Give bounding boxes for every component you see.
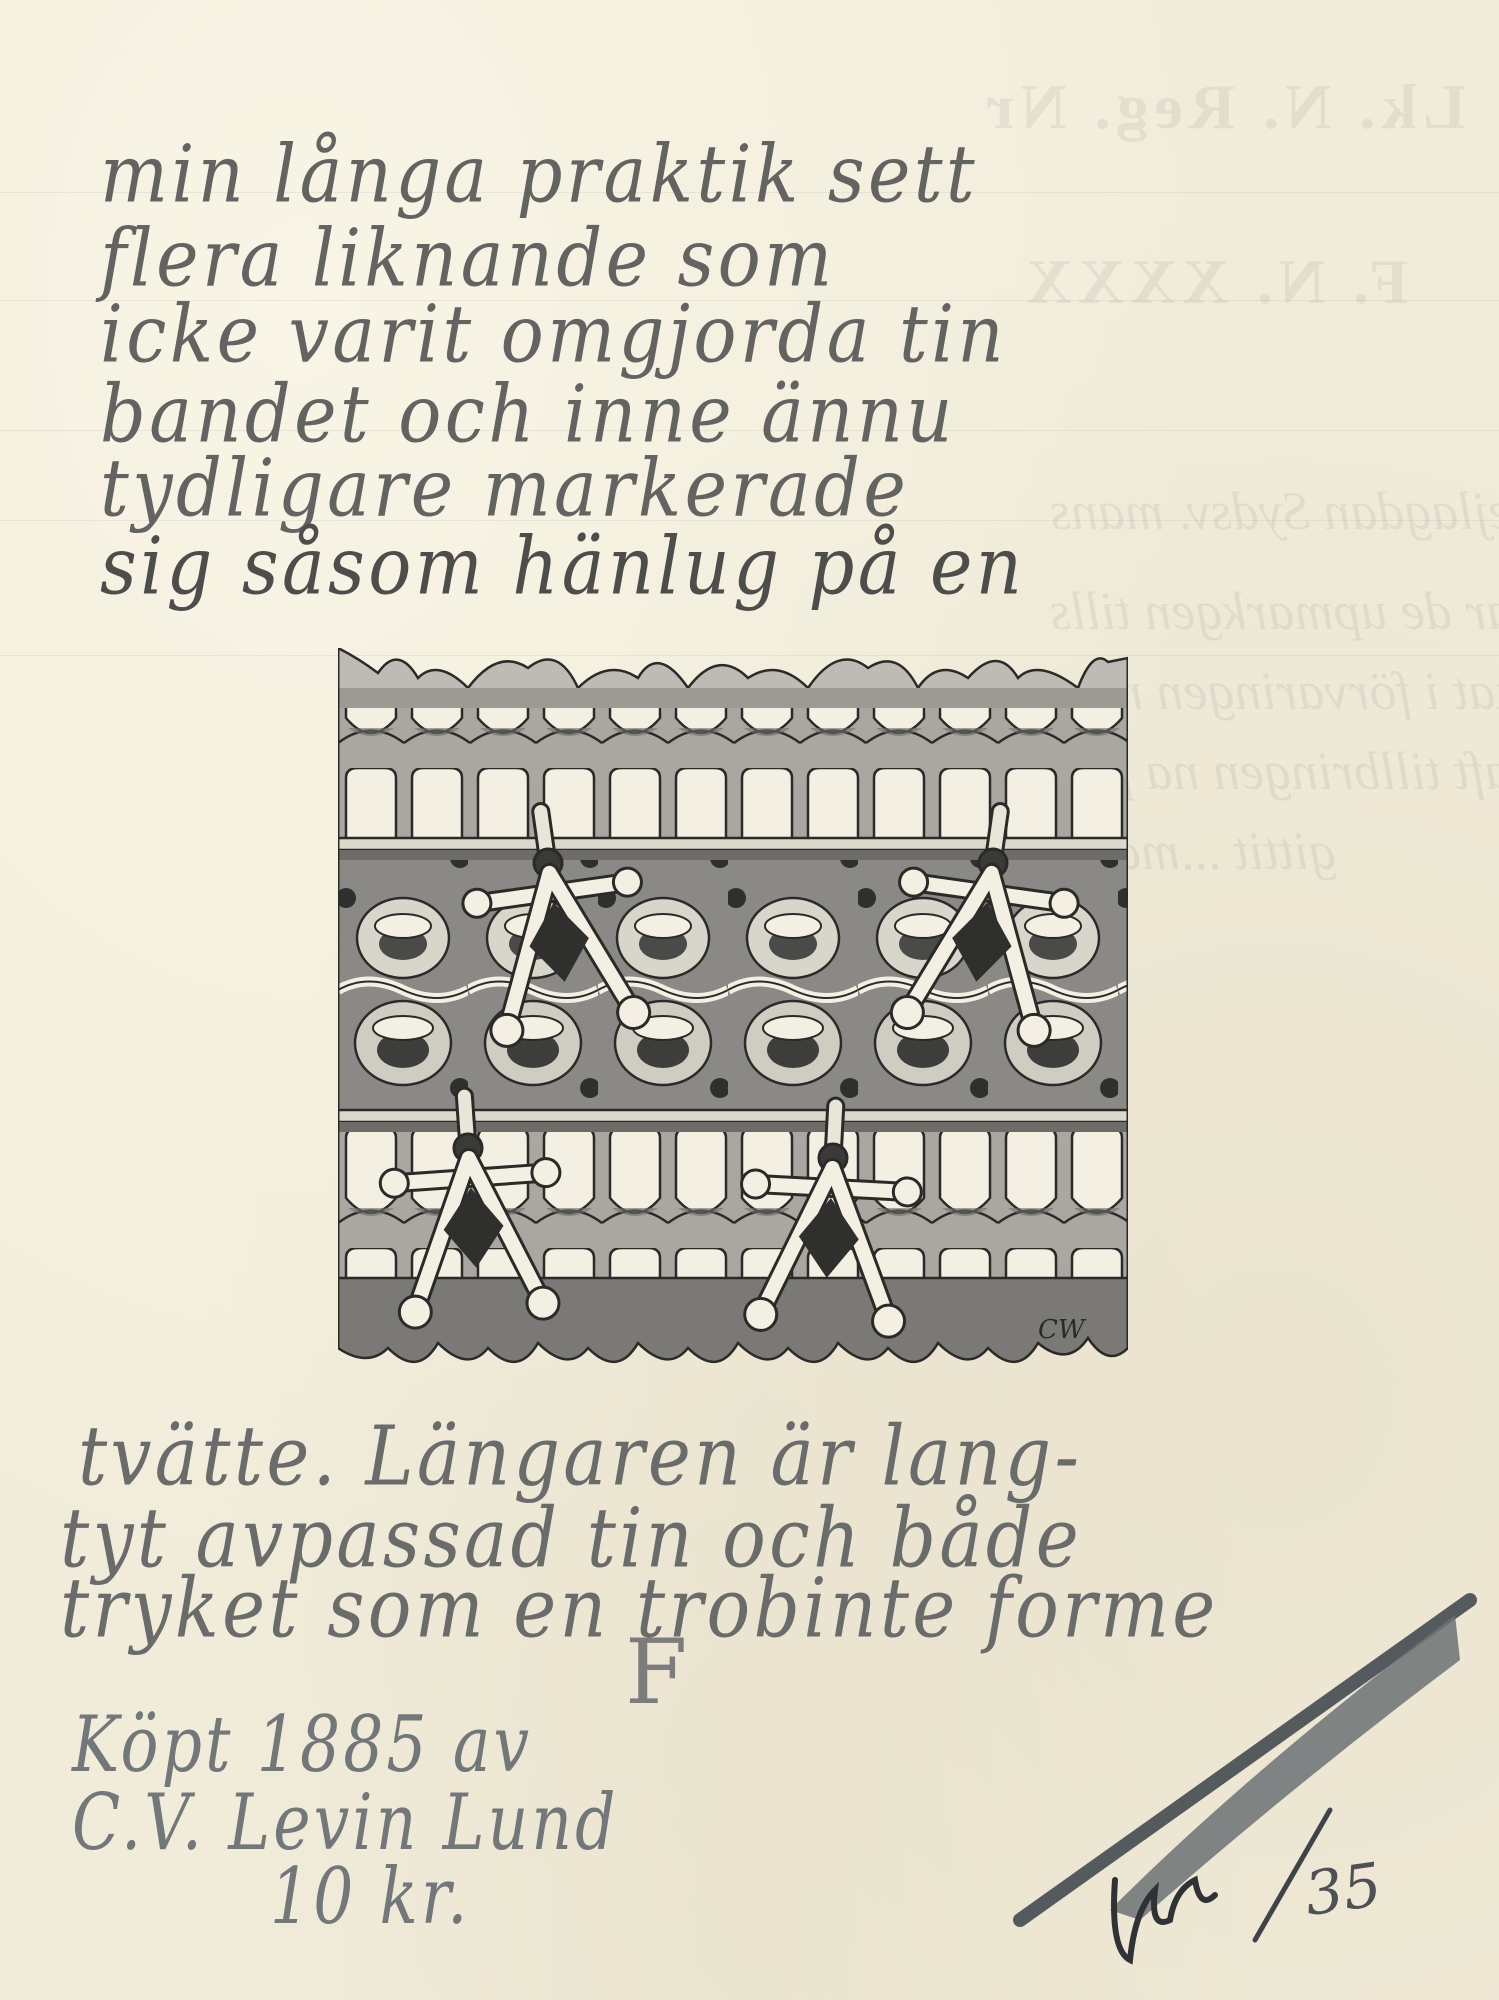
note-line-price: 10 kr. — [270, 1852, 471, 1943]
handwritten-line: icke varit omgjorda tin — [100, 289, 1007, 382]
handwritten-line: sig såsom hänlug på en — [100, 521, 1025, 614]
ornament-drawing: CW — [338, 648, 1128, 1388]
artist-initials: CW — [1038, 1315, 1087, 1345]
bleed-through-line: Samdet har de upmarkgen tills — [1050, 580, 1499, 642]
bleed-through-line: Sänkejlagdan Sydsv. mans — [1050, 480, 1499, 542]
pencil-mark: F — [625, 1620, 690, 1725]
diagonal-ink-stroke-icon — [1000, 1590, 1480, 1970]
signature-stroke — [1000, 1590, 1480, 1970]
handwritten-line: min långa praktik sett — [100, 129, 978, 222]
bleed-through-header: Lk. N. Reg. Nr — [980, 70, 1466, 144]
page-number: 35 — [1301, 1850, 1386, 1930]
bleed-through-header: F. N. XXXX — [1020, 245, 1408, 319]
ornament-illustration: CW — [338, 648, 1128, 1388]
